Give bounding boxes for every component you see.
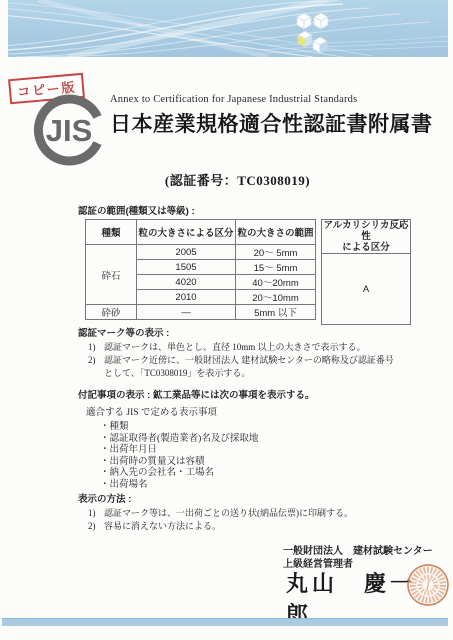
bullet-item: ・出荷年月日: [100, 445, 398, 457]
cell-size-range: 20～10mm: [236, 290, 316, 305]
bullet-item: ・出荷時の質量又は容積: [100, 457, 398, 469]
bullet-item: ・種類: [100, 422, 398, 434]
alkali-silica-table: アルカリシリカ反応性 による区分 A: [321, 219, 411, 325]
scope-heading: 認証の範囲(種類又は等級) :: [78, 203, 195, 217]
cell-size-range: 40～20mm: [236, 275, 316, 290]
table-row: A: [322, 254, 411, 325]
item-text: 認証マーク等は、一出荷ごとの送り状(納品伝票)に印刷する。: [104, 507, 396, 520]
cell-size-class: 4020: [137, 275, 236, 290]
cert-mark-section: 認証マーク等の表示 : 1) 認証マークは、単色とし、直径 10mm 以上の大き…: [78, 325, 398, 380]
item-text: 認証マーク近傍に、一般財団法人 建材試験センターの略称及び認証番号として、「TC…: [104, 354, 396, 380]
certification-scope-tables: 種類 粒の大きさによる区分 粒の大きさの範囲 砕石 2005 20～ 5mm 1…: [85, 219, 411, 325]
cert-mark-heading: 認証マーク等の表示 :: [78, 325, 398, 339]
table-header-row: 種類 粒の大きさによる区分 粒の大きさの範囲: [86, 220, 316, 245]
notes-bullet-list: ・種類 ・認証取得者(製造業者)名及び採取地 ・出荷年月日 ・出荷時の質量又は容…: [100, 422, 398, 492]
issuer-organization: 一般財団法人 建材試験センター: [283, 545, 448, 558]
cell-alkali-value: A: [322, 254, 411, 325]
method-item: 1) 認証マーク等は、一出荷ごとの送り状(納品伝票)に印刷する。: [88, 507, 398, 520]
cert-mark-item: 2) 認証マーク近傍に、一般財団法人 建材試験センターの略称及び認証番号として、…: [88, 354, 398, 380]
item-text: 容易に消えない方法による。: [104, 520, 396, 533]
banner-graphic: [8, 0, 448, 57]
table-header-row: アルカリシリカ反応性 による区分: [322, 220, 411, 254]
cell-size-class: 2010: [137, 290, 236, 305]
cell-size-class: 1505: [137, 260, 236, 275]
item-number: 1): [88, 507, 104, 520]
cell-size-class: —: [137, 305, 236, 320]
title-japanese: 日本産業規格適合性認証書附属書: [110, 108, 445, 138]
cell-type-crushed-stone: 砕石: [86, 245, 137, 305]
alkali-header-line1: アルカリシリカ反応性: [322, 220, 410, 242]
size-classification-table: 種類 粒の大きさによる区分 粒の大きさの範囲 砕石 2005 20～ 5mm 1…: [85, 219, 316, 320]
title-english: Annex to Certification for Japanese Indu…: [110, 94, 445, 105]
cell-size-class: 2005: [137, 245, 236, 260]
method-section: 表示の方法 : 1) 認証マーク等は、一出荷ごとの送り状(納品伝票)に印刷する。…: [78, 491, 398, 533]
alkali-header-line2: による区分: [322, 242, 410, 253]
title-block: Annex to Certification for Japanese Indu…: [110, 94, 445, 138]
col-header-alkali: アルカリシリカ反応性 による区分: [322, 220, 411, 254]
document-page: コピー版 JIS Annex to Certification for Japa…: [0, 0, 453, 640]
item-number: 1): [88, 341, 104, 354]
table-row: 砕砂 — 5mm 以下: [86, 305, 316, 320]
cell-size-range: 15～ 5mm: [236, 260, 316, 275]
bullet-item: ・出荷場名: [100, 480, 398, 492]
item-text: 認証マークは、単色とし、直径 10mm 以上の大きさで表示する。: [104, 341, 396, 354]
col-header-type: 種類: [86, 220, 137, 245]
cell-size-range: 5mm 以下: [236, 305, 316, 320]
cert-mark-item: 1) 認証マークは、単色とし、直径 10mm 以上の大きさで表示する。: [88, 341, 398, 354]
method-item: 2) 容易に消えない方法による。: [88, 520, 398, 533]
col-header-size-class: 粒の大きさによる区分: [137, 220, 236, 245]
col-header-size-range: 粒の大きさの範囲: [236, 220, 316, 245]
notes-subheading: 適合する JIS で定める表示事項: [86, 404, 398, 418]
item-number: 2): [88, 520, 104, 533]
method-heading: 表示の方法 :: [78, 491, 398, 505]
notes-heading: 付記事項の表示 : 鉱工業品等には次の事項を表示する。: [78, 387, 398, 401]
item-number: 2): [88, 354, 104, 380]
red-seal-stamp: [405, 562, 451, 608]
certification-number: (認証番号：TC0308019): [110, 170, 365, 189]
bullet-item: ・認証取得者(製造業者)名及び採取地: [100, 434, 398, 446]
jis-logo: JIS: [26, 92, 112, 172]
bottom-divider-bar: [2, 618, 448, 626]
notes-section: 付記事項の表示 : 鉱工業品等には次の事項を表示する。 適合する JIS で定め…: [78, 387, 398, 492]
cell-type-crushed-sand: 砕砂: [86, 305, 137, 320]
jis-logo-text: JIS: [46, 113, 93, 148]
bullet-item: ・納入先の会社名・工場名: [100, 468, 398, 480]
table-row: 砕石 2005 20～ 5mm: [86, 245, 316, 260]
cell-size-range: 20～ 5mm: [236, 245, 316, 260]
